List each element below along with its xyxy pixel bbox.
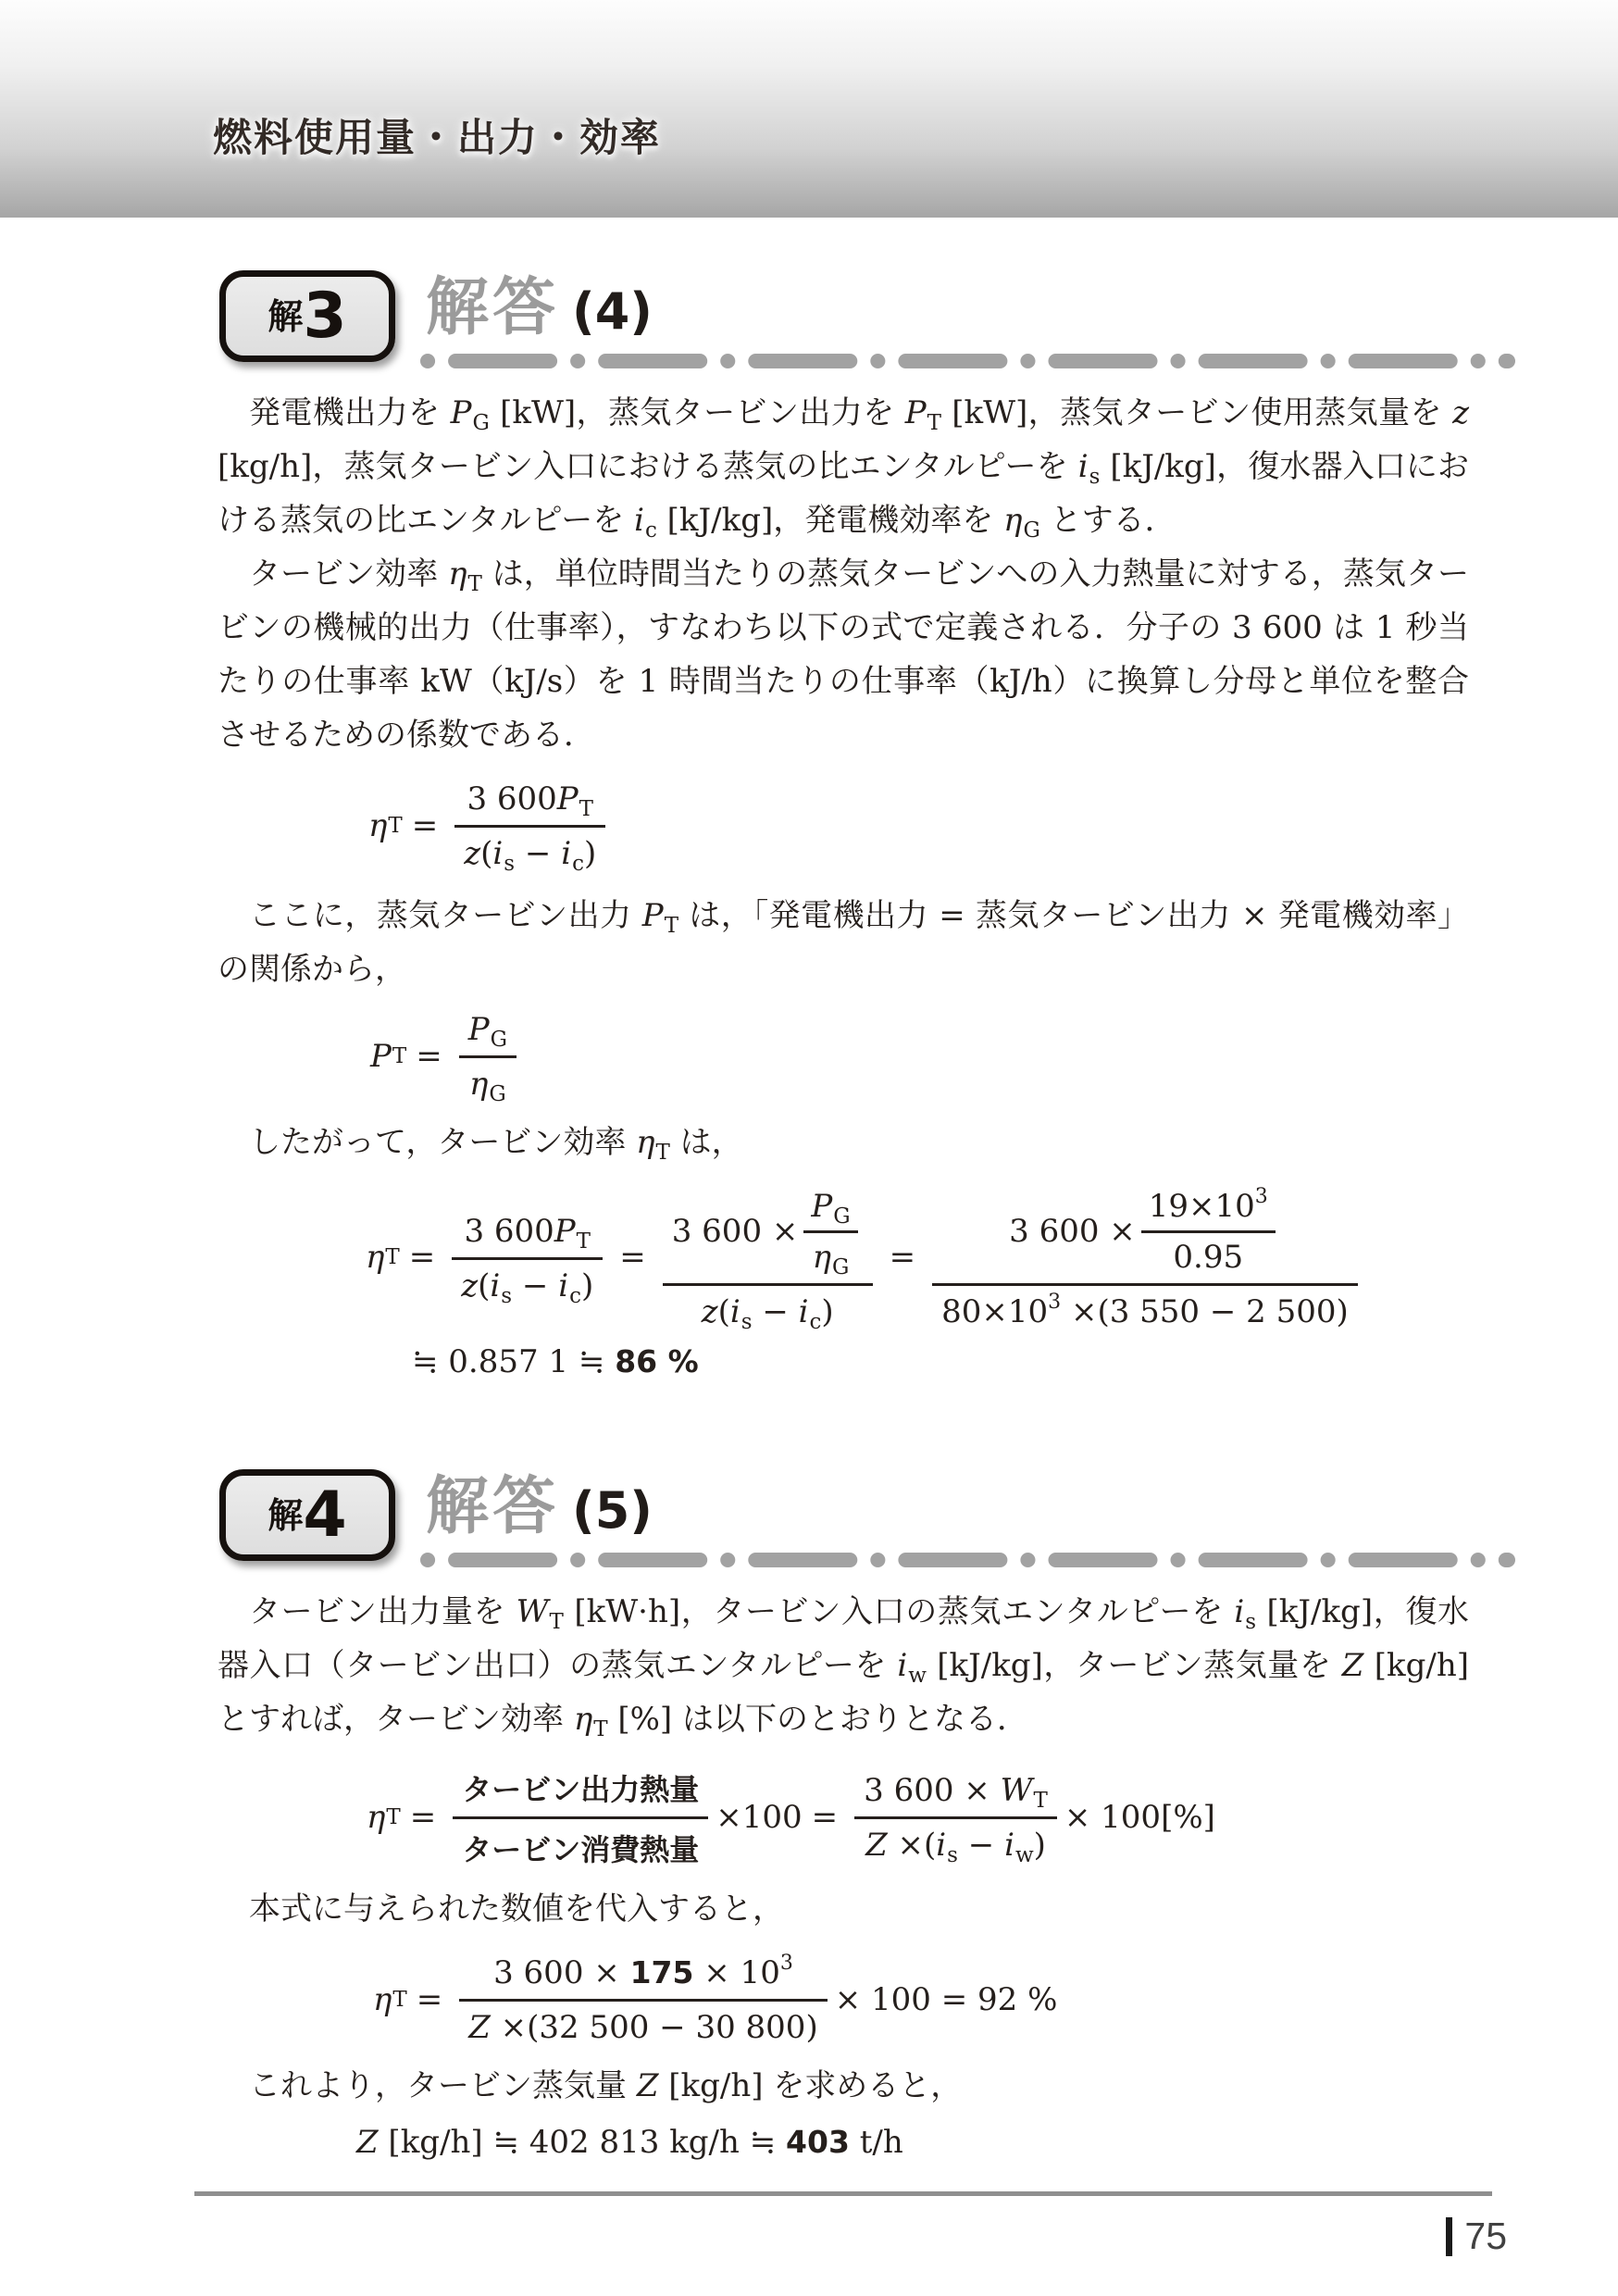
numerator: タービン出力熱量 [453, 1763, 708, 1819]
text-run: [kW]，蒸気タービン使用蒸気量を [941, 394, 1452, 431]
math-var-eta: η [469, 1066, 488, 1103]
inner-fraction: PGηG [803, 1186, 857, 1276]
subscript-s: s [947, 1843, 958, 1867]
subscript-T: T [593, 1717, 607, 1741]
numerator: 3 600 ×19×1030.95 [932, 1182, 1358, 1286]
text-run: [kg/h] ≒ 402 813 kg/h ≒ [379, 2124, 786, 2161]
times-100: ×100 [716, 1799, 802, 1836]
math-var-eta: η [574, 1701, 592, 1738]
numerator: 3 600 ×PGηG [663, 1182, 873, 1286]
text-run: これより，タービン蒸気量 [249, 2067, 637, 2104]
kai4-heading-text: 解答(5) [426, 1456, 653, 1546]
text-run: 80×10 [941, 1293, 1048, 1330]
subscript-T: T [468, 572, 482, 596]
subscript-c: c [572, 852, 584, 876]
math-var-P: P [554, 1213, 576, 1250]
subscript-T: T [927, 411, 941, 435]
equals-sign: = [890, 1239, 916, 1276]
text-run: 3 600 × [1009, 1213, 1136, 1250]
text-run: ( [480, 835, 492, 872]
subscript-s: s [1089, 465, 1101, 489]
equals-sign: = [416, 1038, 442, 1075]
math-var-Z: Z [356, 2124, 379, 2161]
page-number-value: 75 [1464, 2215, 1507, 2258]
formula-pt-relation: PT = PG ηG [370, 1007, 1509, 1104]
subscript-G: G [491, 1028, 507, 1052]
dotted-rule [419, 353, 1516, 369]
math-var-eta: η [636, 1124, 654, 1161]
subscript-c: c [645, 518, 657, 543]
text-run: タービン効率 [249, 555, 448, 593]
numerator: 3 600PT [454, 777, 605, 828]
denominator: z(is − ic) [454, 828, 605, 874]
subscript-G: G [489, 1082, 505, 1106]
subscript-s: s [1245, 1610, 1256, 1634]
math-var-P: P [370, 1038, 392, 1075]
text-run: [kW·h]，タービン入口の蒸気エンタルピーを [564, 1593, 1234, 1630]
text-run: [kg/h]，蒸気タービン入口における蒸気の比エンタルピーを [218, 448, 1078, 485]
math-var-P: P [642, 897, 664, 934]
math-var-z: z [1452, 394, 1469, 431]
section-kai4: 解4 解答(5) タービン出力量を WT [kW·h]，タービン入口の蒸気エンタ… [218, 1469, 1509, 2161]
page-number-bar [1446, 2217, 1452, 2256]
formula-eta-calculation: ηT = 3 600PT z(is − ic) = 3 600 ×PGηG z(… [366, 1182, 1509, 1332]
inner-fraction: 19×1030.95 [1141, 1186, 1276, 1276]
bold-value-175: 175 [630, 1954, 694, 1990]
denominator: z(is − ic) [452, 1260, 603, 1306]
text-run: [kg/h] を求めると， [658, 2067, 962, 2104]
text-run: ( [478, 1267, 490, 1304]
subscript-G: G [473, 411, 490, 435]
denominator: z(is − ic) [663, 1286, 873, 1332]
text-run: × 10 [693, 1954, 779, 1991]
text-run: したがって，タービン効率 [249, 1124, 636, 1161]
text-run: 発電機出力を [249, 394, 451, 431]
subscript-s: s [741, 1310, 753, 1334]
math-var-P: P [905, 394, 927, 431]
kai3-heading-text: 解答(4) [426, 257, 653, 347]
text-run: [kW]，蒸気タービン出力を [490, 394, 905, 431]
result-line-kai3: ≒ 0.857 1 ≒ 86 % [412, 1343, 1509, 1380]
superscript-3: 3 [780, 1952, 793, 1975]
math-var-W: W [517, 1593, 549, 1630]
formula-eta-definition: ηT = 3 600PT z(is − ic) [368, 777, 1509, 874]
fraction-a: 3 600PT z(is − ic) [452, 1209, 603, 1306]
math-var-Z: Z [468, 2009, 491, 2046]
answer-value: 86 % [615, 1343, 698, 1379]
numerator: PG [459, 1007, 517, 1058]
numerator: 19×103 [1141, 1186, 1276, 1233]
result-92-percent: × 100 = 92 % [835, 1981, 1058, 2018]
math-var-eta: η [373, 1981, 392, 2018]
denominator: Z ×(is − iw) [854, 1819, 1057, 1865]
equals-sign: = [412, 807, 439, 844]
text-run: タービン出力量を [249, 1593, 517, 1630]
answer-value: 403 [786, 2124, 850, 2160]
dotted-rule [419, 1552, 1516, 1568]
paragraph-turbine-efficiency-def: タービン効率 ηT は，単位時間当たりの蒸気タービンへの入力熱量に対する，蒸気タ… [218, 547, 1469, 762]
badge-kanji: 解 [268, 299, 303, 334]
kai4-subtitle: (5) [572, 1481, 653, 1540]
math-var-eta: η [368, 807, 387, 844]
math-var-i: i [936, 1827, 946, 1864]
math-var-i: i [1234, 1593, 1244, 1630]
subscript-s: s [501, 1284, 512, 1308]
denominator: ηG [803, 1233, 857, 1276]
kai3-badge: 解3 [219, 270, 395, 362]
text-run: 19×10 [1149, 1188, 1255, 1225]
denominator: 0.95 [1141, 1233, 1276, 1276]
page-content: 解3 解答(4) 発電機出力を PG [kW]，蒸気タービン出力を PT [kW… [218, 218, 1509, 2161]
text-run: 3 600 × [864, 1772, 1000, 1809]
result-line-kai4: Z [kg/h] ≒ 402 813 kg/h ≒ 403 t/h [356, 2124, 1509, 2161]
subscript-w: w [908, 1664, 927, 1688]
math-var-P: P [451, 394, 472, 431]
text-run: ) [584, 835, 596, 872]
textbook-page: 燃料使用量・出力・効率 解3 解答(4) 発電機出力を PG [kW]，蒸気ター… [0, 0, 1618, 2296]
subscript-T: T [665, 914, 678, 938]
equals-sign: = [812, 1799, 839, 1836]
math-var-Z: Z [1342, 1647, 1364, 1684]
math-var-i: i [634, 502, 644, 539]
subscript-w: w [1015, 1843, 1034, 1867]
fraction-c: 3 600 ×19×1030.95 80×103 ×(3 550 − 2 500… [932, 1182, 1358, 1332]
fraction: PG ηG [459, 1007, 517, 1104]
fraction-japanese: タービン出力熱量 タービン消費熱量 [453, 1763, 708, 1871]
text-run: ≒ 0.857 1 ≒ [412, 1343, 615, 1380]
text-run: − [515, 835, 561, 872]
math-var-i: i [492, 835, 503, 872]
text-run: 3 600 [467, 780, 556, 817]
subscript-c: c [569, 1284, 581, 1308]
text-run: 3 600 [464, 1213, 554, 1250]
math-var-P: P [811, 1188, 832, 1225]
subscript-T: T [1034, 1789, 1048, 1813]
math-var-eta: η [448, 555, 467, 593]
math-var-i: i [561, 835, 571, 872]
text-run: [kJ/kg]，発電機効率を [657, 502, 1003, 539]
times-100: × 100 [1064, 1799, 1161, 1836]
math-var-i: i [490, 1267, 500, 1304]
kai3-subtitle: (4) [572, 282, 653, 341]
numerator: 3 600PT [452, 1209, 603, 1260]
superscript-3: 3 [1048, 1291, 1061, 1314]
math-var-i: i [1078, 448, 1089, 485]
fraction-b: 3 600 ×PGηG z(is − ic) [663, 1182, 873, 1332]
text-run: ) [1034, 1827, 1046, 1864]
text-run: 本式に与えられた数値を代入すると， [249, 1890, 784, 1928]
fraction: 3 600 × 175 × 103 Z ×(32 500 − 30 800) [459, 1951, 828, 2048]
math-var-i: i [897, 1647, 907, 1684]
paragraph-definitions-kai4: タービン出力量を WT [kW·h]，タービン入口の蒸気エンタルピーを is [… [218, 1585, 1469, 1746]
kai3-title: 解答 [426, 271, 559, 344]
math-var-i: i [799, 1293, 809, 1330]
badge-number: 3 [303, 285, 346, 348]
kai4-badge: 解4 [219, 1469, 395, 1561]
subscript-G: G [1023, 518, 1039, 543]
text-run: は， [670, 1124, 743, 1161]
paragraph-shitagatte: したがって，タービン効率 ηT は， [218, 1116, 1469, 1169]
text-run: [kJ/kg]，タービン蒸気量を [927, 1647, 1342, 1684]
numerator: 3 600 × WT [854, 1768, 1057, 1819]
denominator: Z ×(32 500 − 30 800) [459, 2002, 828, 2048]
text-run: 3 600 × [493, 1954, 629, 1991]
fraction: 3 600PT z(is − ic) [454, 777, 605, 874]
equals-sign: = [417, 1981, 443, 2018]
subscript-T: T [550, 1610, 564, 1634]
text-run: [%] は以下のとおりとなる． [608, 1701, 1028, 1738]
footer-rule [194, 2191, 1492, 2196]
text-run: ×( [888, 1827, 937, 1864]
page-header-band: 燃料使用量・出力・効率 [0, 0, 1618, 218]
text-run: ×(3 550 − 2 500) [1061, 1293, 1349, 1330]
math-var-Z: Z [637, 2067, 659, 2104]
text-run: とする． [1040, 502, 1176, 539]
math-var-z: z [702, 1293, 718, 1330]
text-run: ) [821, 1293, 833, 1330]
formula-eta-heat-ratio: ηT = タービン出力熱量 タービン消費熱量 ×100 = 3 600 × WT… [367, 1763, 1509, 1871]
subscript-T: T [577, 1229, 591, 1254]
math-var-i: i [730, 1293, 741, 1330]
subscript-G: G [832, 1255, 849, 1279]
math-var-eta: η [366, 1239, 384, 1276]
subscript-T: T [579, 797, 593, 821]
text-run: 3 600 × [672, 1213, 799, 1250]
paragraph-koko-ni: ここに，蒸気タービン出力 PT は，「発電機出力 = 蒸気タービン出力 × 発電… [218, 889, 1469, 996]
math-var-i: i [1004, 1827, 1014, 1864]
page-number: 75 [1446, 2215, 1507, 2258]
numerator: PG [803, 1186, 857, 1233]
formula-eta-numeric: ηT = 3 600 × 175 × 103 Z ×(32 500 − 30 8… [373, 1951, 1509, 2048]
kai3-heading: 解3 解答(4) [218, 270, 1509, 368]
math-var-P: P [468, 1011, 490, 1048]
percent-unit: [%] [1161, 1799, 1215, 1836]
denominator: ηG [459, 1058, 517, 1104]
paragraph-kore-yori: これより，タービン蒸気量 Z [kg/h] を求めると， [218, 2059, 1469, 2113]
text-run: ×(32 500 − 30 800) [491, 2009, 818, 2046]
text-run: − [753, 1293, 799, 1330]
badge-kanji: 解 [268, 1498, 303, 1533]
paragraph-substitute: 本式に与えられた数値を代入すると， [218, 1882, 1469, 1936]
denominator: タービン消費熱量 [453, 1819, 708, 1871]
numerator: 3 600 × 175 × 103 [459, 1951, 828, 2002]
denominator: 80×103 ×(3 550 − 2 500) [932, 1286, 1358, 1332]
subscript-c: c [810, 1310, 822, 1334]
kai4-title: 解答 [426, 1470, 559, 1543]
superscript-3: 3 [1255, 1185, 1268, 1208]
subscript-s: s [504, 852, 515, 876]
math-var-Z: Z [865, 1827, 888, 1864]
text-run: ( [718, 1293, 730, 1330]
equals-sign: = [619, 1239, 646, 1276]
equals-sign: = [410, 1799, 437, 1836]
math-var-eta: η [367, 1799, 385, 1836]
paragraph-definitions: 発電機出力を PG [kW]，蒸気タービン出力を PT [kW]，蒸気タービン使… [218, 386, 1469, 547]
math-var-P: P [557, 780, 579, 817]
badge-number: 4 [303, 1484, 346, 1547]
subscript-T: T [656, 1141, 670, 1165]
math-var-z: z [461, 1267, 478, 1304]
chapter-title: 燃料使用量・出力・効率 [213, 107, 661, 163]
equals-sign: = [409, 1239, 436, 1276]
section-kai3: 解3 解答(4) 発電機出力を PG [kW]，蒸気タービン出力を PT [kW… [218, 270, 1509, 1380]
math-var-z: z [464, 835, 480, 872]
text-run: − [512, 1267, 558, 1304]
math-var-W: W [1001, 1772, 1033, 1809]
text-run: ) [581, 1267, 593, 1304]
text-run: − [958, 1827, 1004, 1864]
fraction: 3 600 × WT Z ×(is − iw) [854, 1768, 1057, 1865]
text-run: t/h [850, 2124, 903, 2161]
text-run: ここに，蒸気タービン出力 [249, 897, 642, 934]
math-var-i: i [558, 1267, 568, 1304]
math-var-eta: η [813, 1239, 831, 1276]
kai4-heading: 解4 解答(5) [218, 1469, 1509, 1566]
math-var-eta: η [1003, 502, 1022, 539]
subscript-G: G [833, 1204, 850, 1229]
